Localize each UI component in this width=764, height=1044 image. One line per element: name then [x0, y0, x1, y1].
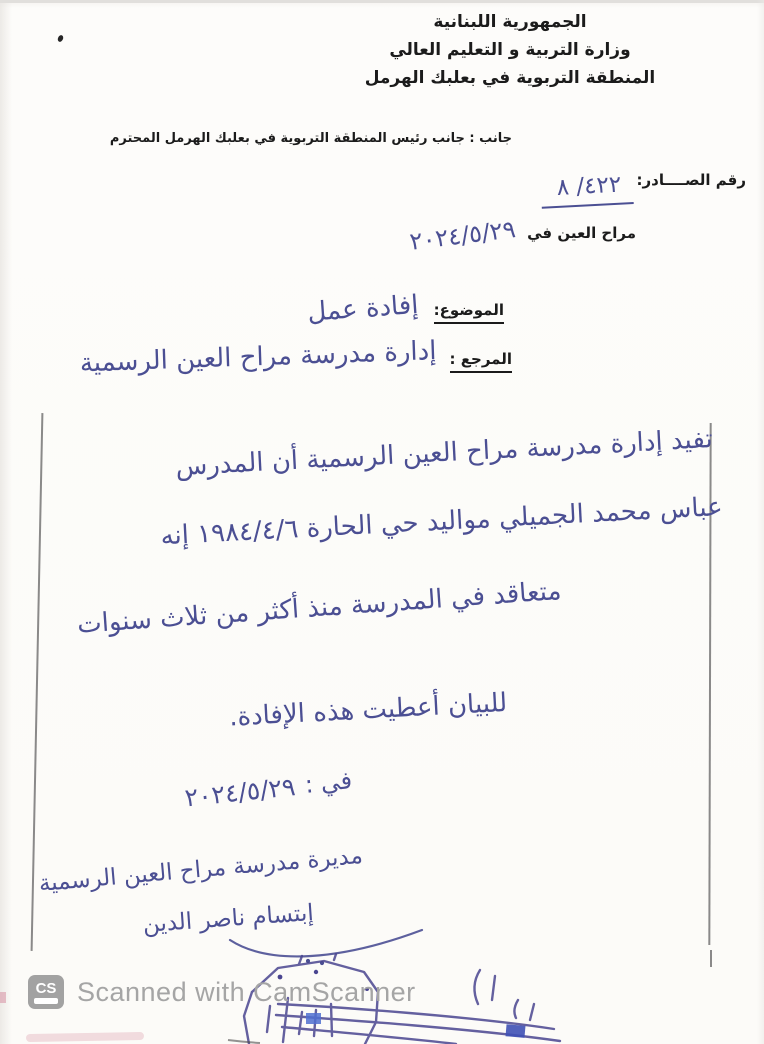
watermark-text: Scanned with CamScanner: [77, 977, 416, 1008]
subject-value: إفادة عمل: [307, 288, 420, 330]
scan-smudge-bottom: [26, 1032, 144, 1042]
paper-fold-line-right-tail: [710, 950, 712, 967]
subject-row: الموضوع: إفادة عمل: [306, 288, 504, 324]
signature-title: مديرة مدرسة مراح العين الرسمية: [29, 835, 373, 905]
outgoing-number-value: ٤٢٢/ ٨: [540, 171, 634, 209]
camscanner-logo-text: CS: [36, 981, 57, 996]
scan-smudge-left-edge: [0, 992, 6, 1003]
reference-label: المرجع :: [450, 350, 512, 373]
subject-label: الموضوع:: [434, 301, 504, 324]
place-date-value: ٢٠٢٤/٥/٢٩: [408, 215, 517, 256]
body-line-2: عباس محمد الجميلي مواليد حي الحارة ١٩٨٤/…: [160, 492, 724, 551]
reference-row: المرجع : إدارة مدرسة مراح العين الرسمية: [79, 334, 512, 373]
place-date-label: مراح العين في: [527, 215, 636, 242]
outgoing-number-label: رقم الصــــادر:: [637, 171, 746, 189]
handwritten-date-row: في : ٢٠٢٤/٥/٢٩: [183, 766, 353, 812]
handwritten-date-label: في :: [304, 766, 354, 799]
handwritten-date-value: ٢٠٢٤/٥/٢٩: [183, 772, 296, 812]
letterhead-republic: الجمهورية اللبنانية: [250, 8, 764, 36]
ink-speck: [57, 34, 64, 42]
watermark: CS Scanned with CamScanner: [28, 975, 416, 1009]
letterhead-ministry: وزارة التربية و التعليم العالي: [250, 36, 764, 64]
place-date-row: مراح العين في ٢٠٢٤/٥/٢٩: [409, 215, 636, 243]
addressee-line: جانب : جانب رئيس المنطقة التربوية في بعل…: [110, 131, 512, 146]
camscanner-logo-icon: CS: [28, 975, 64, 1009]
letterhead: الجمهورية اللبنانية وزارة التربية و التع…: [250, 8, 764, 92]
camscanner-logo-bar: [34, 998, 58, 1004]
body-line-1: تفيد إدارة مدرسة مراح العين الرسمية أن ا…: [175, 424, 714, 482]
outgoing-number-row: رقم الصــــادر: ٤٢٢/ ٨: [540, 171, 746, 204]
letterhead-district: المنطقة التربوية في بعلبك الهرمل: [250, 64, 764, 92]
scanned-document-page: الجمهورية اللبنانية وزارة التربية و التع…: [0, 0, 764, 1044]
scan-edge-top: [0, 0, 764, 3]
body-line-4: للبيان أعطيت هذه الإفادة.: [228, 688, 508, 733]
reference-value: إدارة مدرسة مراح العين الرسمية: [79, 334, 437, 380]
body-line-3: متعاقد في المدرسة منذ أكثر من ثلاث سنوات: [76, 576, 562, 640]
